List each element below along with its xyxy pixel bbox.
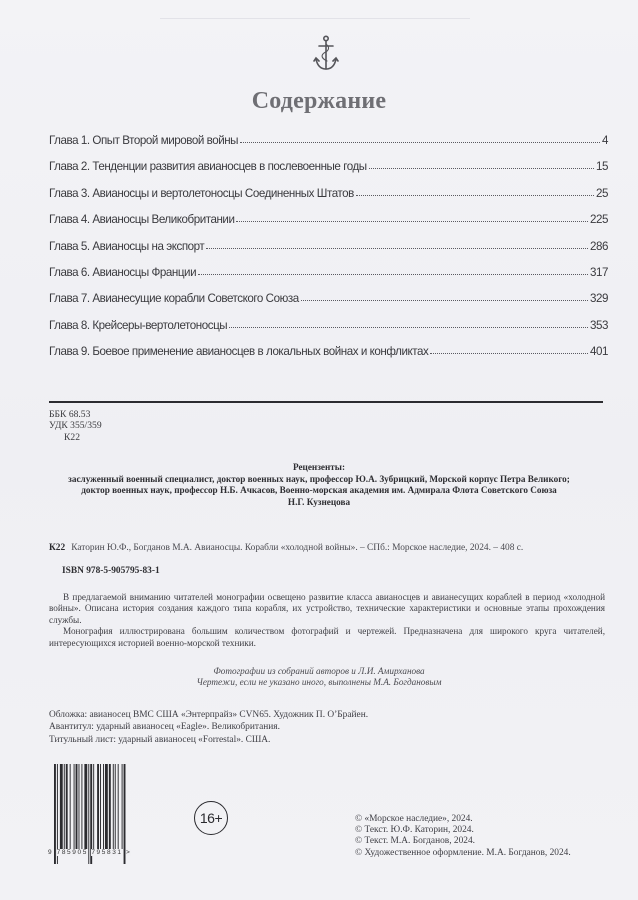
abstract-paragraph: Монография иллюстрирована большим количе… xyxy=(49,626,605,649)
classification-block: ББК 68.53 УДК 355/359 К22 xyxy=(49,409,102,443)
credit-line: Фотографии из собраний авторов и Л.И. Ам… xyxy=(0,666,638,677)
toc-entry-title: Глава 3. Авианосцы и вертолетоносцы Соед… xyxy=(49,187,354,200)
toc-entry-page: 401 xyxy=(590,345,608,358)
toc-entry: Глава 5. Авианосцы на экспорт286 xyxy=(49,240,608,266)
cover-note: Титульный лист: ударный авианосец «Forre… xyxy=(49,734,368,746)
barcode-group-2: 795831 xyxy=(91,849,122,856)
toc-leader-dots xyxy=(236,213,588,222)
toc-entry-page: 329 xyxy=(590,292,608,305)
toc-leader-dots xyxy=(240,134,600,143)
toc-leader-dots xyxy=(369,160,594,169)
toc-entry-title: Глава 6. Авианосцы Франции xyxy=(49,266,196,279)
copyright-line: © Текст. М.А. Богданов, 2024. xyxy=(355,836,571,847)
age-rating-badge: 16+ xyxy=(194,801,228,835)
toc-entry: Глава 9. Боевое применение авианосцев в … xyxy=(49,345,608,371)
toc-leader-dots xyxy=(301,292,588,301)
barcode-trail: > xyxy=(126,849,131,856)
barcode-group-1: 785905 xyxy=(57,849,88,856)
copyright-line: © «Морское наследие», 2024. xyxy=(355,814,571,825)
image-credits: Фотографии из собраний авторов и Л.И. Ам… xyxy=(0,666,638,689)
toc-entry: Глава 2. Тенденции развития авианосцев в… xyxy=(49,160,608,186)
barcode-lead-digit: 9 xyxy=(48,849,53,856)
reviewers-block: Рецензенты: заслуженный военный специали… xyxy=(30,462,608,508)
toc-leader-dots xyxy=(198,266,588,275)
reviewer-line: заслуженный военный специалист, доктор в… xyxy=(30,474,608,486)
toc-leader-dots xyxy=(356,187,594,196)
barcode-digits: 9 785905 795831 > xyxy=(48,849,158,856)
reviewer-line: Н.Г. Кузнецова xyxy=(30,497,608,509)
toc-entry-page: 317 xyxy=(590,266,608,279)
toc-entry-title: Глава 2. Тенденции развития авианосцев в… xyxy=(49,160,367,173)
reference-mark: К22 xyxy=(49,543,65,553)
toc-entry-title: Глава 4. Авианосцы Великобритании xyxy=(49,213,234,226)
toc-entry: Глава 7. Авианесущие корабли Советского … xyxy=(49,292,608,318)
toc-leader-dots xyxy=(206,240,588,249)
toc-entry-title: Глава 9. Боевое применение авианосцев в … xyxy=(49,345,428,358)
toc-entry-page: 4 xyxy=(602,134,608,147)
toc-entry: Глава 1. Опыт Второй мировой войны4 xyxy=(49,134,608,160)
bleed-through-line xyxy=(160,18,470,19)
reviewers-heading: Рецензенты: xyxy=(30,462,608,474)
toc-entry-page: 15 xyxy=(596,160,608,173)
cover-note: Обложка: авианосец ВМС США «Энтерпрайз» … xyxy=(49,709,368,721)
isbn: ISBN 978-5-905795-83-1 xyxy=(62,566,160,576)
bbk-code: ББК 68.53 xyxy=(49,409,102,420)
author-mark: К22 xyxy=(49,432,102,443)
copyright-line: © Текст. Ю.Ф. Каторин, 2024. xyxy=(355,825,571,836)
cover-note: Авантитул: ударный авианосец «Eagle». Ве… xyxy=(49,721,368,733)
page-title: Содержание xyxy=(0,88,638,115)
toc-entry-page: 353 xyxy=(590,319,608,332)
toc-entry-page: 225 xyxy=(590,213,608,226)
toc-entry-page: 25 xyxy=(596,187,608,200)
abstract-paragraph: В предлагаемой вниманию читателей моногр… xyxy=(49,592,605,626)
toc-leader-dots xyxy=(430,345,588,354)
toc-entry-title: Глава 5. Авианосцы на экспорт xyxy=(49,240,204,253)
table-of-contents: Глава 1. Опыт Второй мировой войны4Глава… xyxy=(49,134,608,372)
toc-entry: Глава 6. Авианосцы Франции317 xyxy=(49,266,608,292)
toc-leader-dots xyxy=(229,319,588,328)
toc-entry: Глава 8. Крейсеры-вертолетоносцы353 xyxy=(49,319,608,345)
toc-entry: Глава 4. Авианосцы Великобритании225 xyxy=(49,213,608,239)
cover-notes: Обложка: авианосец ВМС США «Энтерпрайз» … xyxy=(49,709,368,746)
toc-entry-title: Глава 1. Опыт Второй мировой войны xyxy=(49,134,238,147)
abstract: В предлагаемой вниманию читателей моногр… xyxy=(49,592,605,649)
credit-line: Чертежи, если не указано иного, выполнен… xyxy=(0,677,638,688)
copyright-line: © Художественное оформление. М.А. Богдан… xyxy=(355,848,571,859)
reviewer-line: доктор военных наук, профессор Н.Б. Ачка… xyxy=(30,485,608,497)
book-page: Содержание Глава 1. Опыт Второй мировой … xyxy=(0,0,638,900)
toc-entry: Глава 3. Авианосцы и вертолетоносцы Соед… xyxy=(49,187,608,213)
copyright-block: © «Морское наследие», 2024. © Текст. Ю.Ф… xyxy=(355,814,571,859)
udk-code: УДК 355/359 xyxy=(49,420,102,431)
toc-entry-title: Глава 8. Крейсеры-вертолетоносцы xyxy=(49,319,227,332)
anchor-icon xyxy=(313,35,339,73)
reference-text: Каторин Ю.Ф., Богданов М.А. Авианосцы. К… xyxy=(71,543,523,553)
toc-entry-page: 286 xyxy=(590,240,608,253)
bibliographic-reference: К22Каторин Ю.Ф., Богданов М.А. Авианосцы… xyxy=(49,543,523,553)
toc-entry-title: Глава 7. Авианесущие корабли Советского … xyxy=(49,292,299,305)
section-divider xyxy=(49,401,603,403)
